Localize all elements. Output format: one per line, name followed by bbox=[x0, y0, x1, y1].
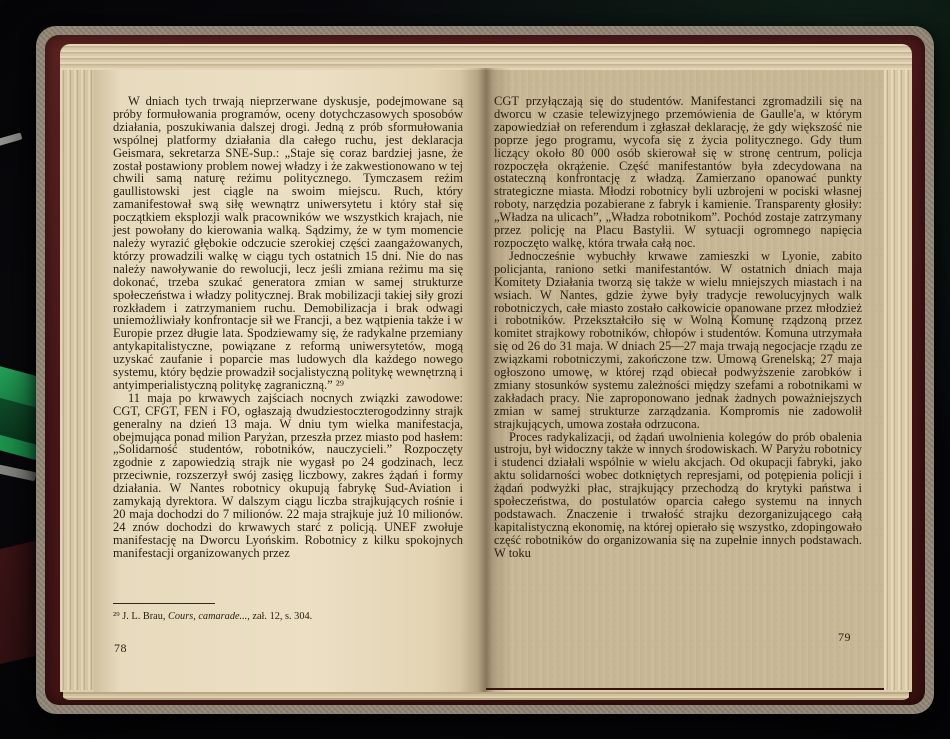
page-number-left: 78 bbox=[114, 641, 127, 656]
photo-scene: W dniach tych trwają nieprzerwane dyskus… bbox=[0, 0, 950, 739]
right-page-text: CGT przyłączają się do studentów. Manife… bbox=[494, 95, 862, 560]
background-grey-sliver-1 bbox=[0, 464, 36, 482]
footnote-marker: ²⁹ bbox=[113, 611, 120, 622]
paragraph: W dniach tych trwają nieprzerwane dyskus… bbox=[113, 95, 463, 392]
paragraph: CGT przyłączają się do studentów. Manife… bbox=[494, 95, 862, 250]
page-edges-left bbox=[60, 70, 96, 692]
left-page-text: W dniach tych trwają nieprzerwane dyskus… bbox=[113, 95, 463, 560]
paragraph: 11 maja po krwawych zajściach nocnych zw… bbox=[113, 392, 463, 560]
background-grey-sliver-2 bbox=[0, 132, 22, 146]
footnote-author: J. L. Brau, bbox=[122, 611, 165, 622]
page-number-right: 79 bbox=[838, 630, 851, 645]
paragraph: Proces radykalizacji, od żądań uwolnieni… bbox=[494, 431, 862, 560]
footnote-rest: , zał. 12, s. 304. bbox=[247, 611, 312, 622]
page-edges-right bbox=[884, 70, 912, 692]
footnote: ²⁹ J. L. Brau, Cours, camarade..., zał. … bbox=[113, 611, 463, 623]
footnote-divider bbox=[113, 603, 215, 604]
footnote-title: Cours, camarade... bbox=[168, 611, 247, 622]
paragraph: Jednocześnie wybuchły krwawe zamieszki w… bbox=[494, 250, 862, 431]
